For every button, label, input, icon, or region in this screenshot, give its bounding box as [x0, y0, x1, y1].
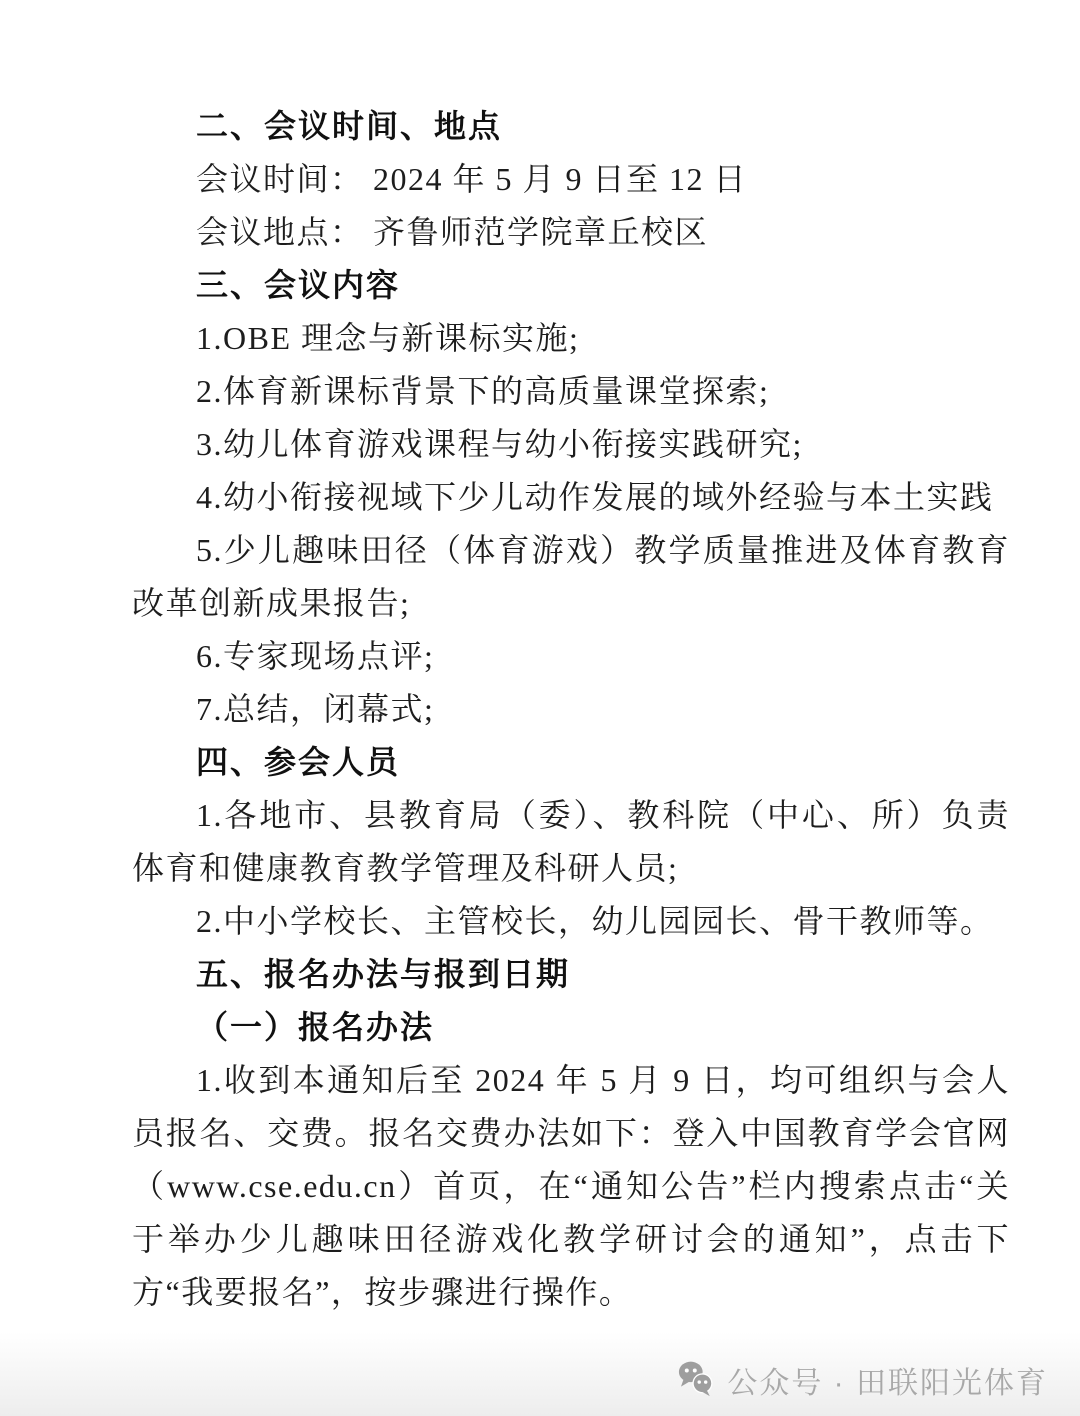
list-item: 1.各地市、县教育局（委）、教科院（中心、所）负责体育和健康教育教学管理及科研人…	[132, 789, 1010, 895]
section-heading: 二、会议时间、地点	[132, 100, 1010, 153]
list-item: 2.体育新课标背景下的高质量课堂探索;	[132, 365, 1010, 418]
notice-body: 二、会议时间、地点 会议时间： 2024 年 5 月 9 日至 12 日 会议地…	[132, 100, 1010, 1319]
paragraph: 会议地点： 齐鲁师范学院章丘校区	[132, 206, 1010, 259]
section-heading: 四、参会人员	[132, 736, 1010, 789]
wechat-icon	[677, 1359, 715, 1401]
scanned-notice-page: 二、会议时间、地点 会议时间： 2024 年 5 月 9 日至 12 日 会议地…	[0, 0, 1080, 1416]
list-item: 1.OBE 理念与新课标实施;	[132, 312, 1010, 365]
list-item: 2.中小学校长、主管校长，幼儿园园长、骨干教师等。	[132, 895, 1010, 948]
list-item: 4.幼小衔接视域下少儿动作发展的域外经验与本土实践	[132, 471, 1010, 524]
sub-heading: （一）报名办法	[132, 1001, 1010, 1054]
section-heading: 三、会议内容	[132, 259, 1010, 312]
wechat-watermark: 公众号 · 田联阳光体育	[677, 1358, 1048, 1402]
paragraph: 1.收到本通知后至 2024 年 5 月 9 日，均可组织与会人员报名、交费。报…	[132, 1054, 1010, 1319]
watermark-label: 公众号 · 田联阳光体育	[727, 1358, 1048, 1402]
list-item: 5.少儿趣味田径（体育游戏）教学质量推进及体育教育改革创新成果报告;	[132, 524, 1010, 630]
list-item: 3.幼儿体育游戏课程与幼小衔接实践研究;	[132, 418, 1010, 471]
paragraph: 会议时间： 2024 年 5 月 9 日至 12 日	[132, 153, 1010, 206]
list-item: 6.专家现场点评;	[132, 630, 1010, 683]
list-item: 7.总结，闭幕式;	[132, 683, 1010, 736]
section-heading: 五、报名办法与报到日期	[132, 948, 1010, 1001]
